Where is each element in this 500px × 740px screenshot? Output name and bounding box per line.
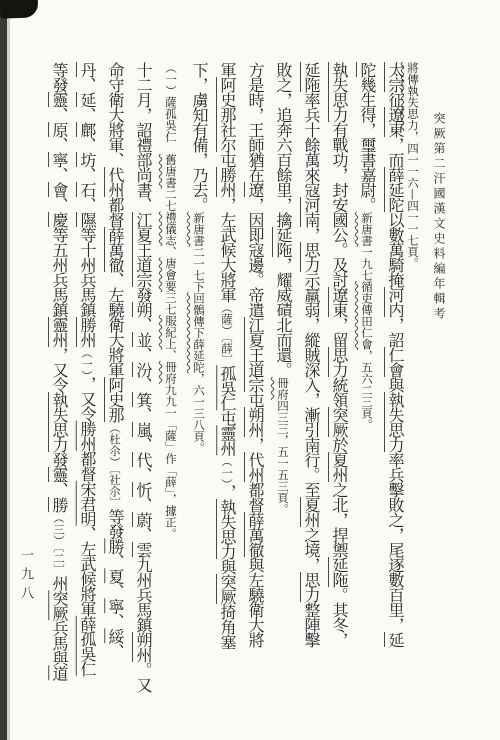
proper-name-text: 鄜 [78, 122, 97, 137]
body-text: 發 [134, 287, 153, 302]
small-note-text: 二一七下 [192, 247, 206, 293]
body-text: 征 [386, 92, 405, 107]
proper-name-text: 延陁 [274, 227, 293, 257]
proper-name-text: 河南 [302, 197, 321, 227]
body-text: 之北，捍禦 [330, 482, 349, 557]
book-title-text: 新唐書 [360, 212, 374, 247]
body-text: 命守衛大將軍、 [106, 62, 125, 167]
body-text: 、 [134, 437, 153, 452]
para1-col-2: 陀幾生得，璽書嘉尉。新唐書一九七循吏傳田仁會，五六二三頁。 [347, 62, 375, 712]
body-text: 下，虜知有備，乃去。 [190, 62, 209, 212]
page-number: 一九八 [16, 548, 35, 605]
proper-name-text: 綏 [106, 628, 125, 643]
body-text: 、 [134, 317, 153, 332]
body-text: 、左驍衛大將軍 [106, 272, 125, 377]
scan-left-edge-shadow [0, 0, 7, 740]
body-text: 、 [106, 643, 125, 658]
body-text: 有戰功，封安國公。及討 [330, 122, 349, 287]
proper-name-text: 道 [50, 665, 69, 680]
para1-col-5: 敗之，追奔六百餘里，擒延陁，耀威磧北而還。冊府四三三，五一五三頁。 [263, 62, 291, 712]
body-text: 、 [164, 350, 178, 362]
book-page-scan: 突厥第二汗國漢文史料編年輯考 將傳執失思力，四一一六—四一一七頁。太宗征遼東，而… [0, 0, 500, 740]
body-text: （一）薩孤吳仁 [164, 62, 178, 154]
running-head-book-title: 突厥第二汗國漢文史料編年輯考 [431, 112, 448, 322]
book-title-text: 冊府 [164, 361, 178, 384]
body-text: 、 [78, 167, 97, 182]
book-title-text: 回鶻傳下薛延陀 [192, 293, 206, 374]
body-text: 、 [78, 77, 97, 92]
body-text: 、 [106, 613, 125, 628]
proper-name-text: 阿史那社尔 [218, 77, 237, 152]
body-text: ，而 [386, 137, 405, 167]
proper-name-text: 薛萬徹 [106, 227, 125, 272]
body-text: 十二月，詔禮部尚書、 [134, 62, 153, 212]
proper-name-text: 朔州 [246, 407, 265, 437]
body-text: 都督 [246, 482, 265, 512]
body-text: ，詔 [386, 317, 405, 347]
scan-left-edge-shadow-soft [7, 0, 10, 740]
body-text: ，又令 [50, 347, 69, 392]
proper-name-text: 思力 [302, 242, 321, 272]
proper-name-text: 阿史那 [106, 377, 125, 422]
proper-name-text: 丹 [78, 62, 97, 77]
proper-name-text: 寧 [50, 152, 69, 167]
body-text: 軍 [218, 62, 237, 77]
book-title-text: 舊唐書 [164, 154, 178, 189]
body-text: 等發 [106, 508, 125, 538]
body-text: ，因即寇邊。帝遣 [246, 197, 265, 317]
body-text: 九九一「薩」作「薛」，據正。 [164, 384, 178, 539]
proper-name-text: 突厥 [218, 574, 237, 604]
proper-name-text: 勝州 [78, 317, 97, 347]
body-text: 率兵擊敗之，尾逐數百里， [386, 452, 405, 632]
proper-name-text: 坊 [78, 152, 97, 167]
body-text: ， [246, 437, 265, 452]
proper-name-text: 朔 [134, 302, 153, 317]
proper-name-text: 思力 [330, 347, 349, 377]
body-text: 、 [50, 482, 69, 497]
proper-name-text: 嵐 [134, 422, 153, 437]
book-title-text: 唐會要 [164, 258, 178, 293]
proper-name-text: 江夏王道宗 [134, 212, 153, 287]
body-text: 等發 [50, 62, 69, 92]
body-text: 州 [50, 575, 69, 590]
small-note-text: ，五六二三頁。 [360, 350, 374, 431]
body-text: 二七 [164, 189, 178, 212]
proper-name-text: 蔚 [134, 512, 153, 527]
proper-name-text: 孤吳仁 [218, 365, 237, 410]
body-text: 、 [50, 167, 69, 182]
body-text: ，四一一六—四一一七頁。 [406, 131, 420, 269]
body-text: 掎角塞 [218, 604, 237, 649]
proper-name-text: 突厥 [50, 590, 69, 620]
proper-name-text: 靈州 [50, 317, 69, 347]
proper-name-text: 延陁 [330, 557, 349, 587]
small-note-text: 四三三，五一五三頁。 [276, 400, 290, 515]
proper-name-text: 突厥 [330, 407, 349, 437]
body-text: 、 [134, 347, 153, 362]
proper-name-text: 勝州 [218, 167, 237, 197]
book-title-text: 將傳執失思力 [406, 62, 420, 131]
body-text: 幾生得，璽書嘉尉。 [358, 77, 377, 212]
proper-name-text: 靈 [50, 92, 69, 107]
proper-name-text: 陀 [358, 62, 377, 77]
proper-name-text: 朔州 [134, 632, 153, 662]
body-text: 方是時，王師猶在 [246, 62, 265, 182]
prev-page-citation-tail: 將傳執失思力，四一一六—四一一七頁。 [403, 62, 421, 712]
proper-name-text: 箕 [134, 392, 153, 407]
small-note-text: （杜尒）〔社尒〕 [108, 422, 122, 508]
para2-col-4: 等發靈、原、寧、會、慶等五州兵馬鎮靈州，又令執失思力發靈、勝（三）〔二〕州突厥兵… [39, 62, 67, 712]
body-text: 發 [50, 452, 69, 467]
body-text: 屯 [218, 410, 237, 425]
body-text: 、 [78, 197, 97, 212]
body-text: 、 [134, 497, 153, 512]
proper-name-text: 延陁 [302, 62, 321, 92]
proper-name-text: 薛孤吳仁 [78, 616, 97, 676]
body-text: 九州兵馬鎮 [134, 557, 153, 632]
proper-name-text: 延 [386, 632, 405, 647]
body-text: 統領 [330, 377, 349, 407]
body-text: 。其冬， [330, 587, 349, 647]
body-text: 、 [78, 107, 97, 122]
body-text: 、 [164, 246, 178, 258]
proper-name-text: 汾 [134, 362, 153, 377]
body-text: 、 [50, 197, 69, 212]
body-text: 、 [50, 137, 69, 152]
body-text: 與左驍衛大將 [246, 557, 265, 647]
proper-name-text: 勝州 [78, 421, 97, 451]
proper-name-text: 遼東 [386, 107, 405, 137]
proper-name-text: 思力 [302, 572, 321, 602]
body-text: 等五州兵馬鎮 [50, 227, 69, 317]
body-text: 。又 [134, 662, 153, 692]
body-text: 、 [134, 527, 153, 542]
body-text: 、 [106, 553, 125, 568]
proper-name-text: 夏州 [302, 497, 321, 527]
body-text: 、左武候將軍 [78, 526, 97, 616]
body-text: 、 [106, 583, 125, 598]
proper-name-text: 夏州 [330, 452, 349, 482]
body-text: 屯 [246, 392, 265, 407]
body-text: 、 [134, 407, 153, 422]
body-text: ，又令 [78, 376, 97, 421]
body-text: 以數萬騎掩 [386, 212, 405, 287]
proper-name-text: 延 [78, 92, 97, 107]
small-note-text: 一九七 [360, 247, 374, 282]
proper-name-text: 忻 [134, 482, 153, 497]
proper-name-text: 勝 [106, 538, 125, 553]
body-text: 於 [330, 437, 349, 452]
proper-name-text: 宋君明 [78, 481, 97, 526]
body-text: ，耀威磧北而還。 [274, 257, 293, 377]
para2-col-3: 丹、延、鄜、坊、石、隰等十州兵馬鎮勝州（一），又令勝州都督宋君明、左武候將軍薛孤… [67, 62, 95, 712]
para1-col-4: 延陁率兵十餘萬來寇河南，思力示羸弱，縱賊深入，漸引南行。至夏州之境，思力整陣擊 [291, 62, 319, 712]
para1-col-6: 方是時，王師猶在遼，因即寇邊。帝遣江夏王道宗屯朔州，代州都督薛萬徹與左驍衛大將 [235, 62, 263, 712]
para2-col-2: 命守衛大將軍、代州都督薛萬徹、左驍衛大將軍阿史那（杜尒）〔社尒〕等發勝、夏、寧、… [95, 62, 123, 712]
body-text: 與 [386, 377, 405, 392]
body-text: 屯 [218, 152, 237, 167]
book-title-text: 循吏傳田仁會 [360, 281, 374, 350]
proper-name-text: 執失思力 [218, 499, 237, 559]
proper-name-text: 勝 [50, 497, 69, 512]
proper-name-text: 會 [50, 182, 69, 197]
proper-name-text: 夏 [106, 568, 125, 583]
proper-name-text: 遼東 [330, 287, 349, 317]
proper-name-text: 寧 [106, 598, 125, 613]
small-note-text: ，六一三八頁。 [192, 373, 206, 454]
book-title-text: 禮儀志 [164, 212, 178, 247]
body-text: 三七 [164, 292, 178, 315]
proper-name-text: 薛延陀 [386, 167, 405, 212]
para1-col-8: 下，虜知有備，乃去。新唐書二一七下回鶻傳下薛延陀，六一三八頁。 [179, 62, 207, 712]
body-text: 等十州兵馬鎮 [78, 227, 97, 317]
body-text: 都督 [106, 197, 125, 227]
body-text: 、 [78, 137, 97, 152]
body-text: 兵馬與 [50, 620, 69, 665]
small-note-text: （三）〔二〕 [52, 512, 66, 575]
proper-name-text: 靈 [50, 467, 69, 482]
proper-name-text: 雲 [134, 542, 153, 557]
para2-col-1: 十二月，詔禮部尚書、江夏王道宗發朔、並、汾、箕、嵐、代、忻、蔚、雲九州兵馬鎮朔州… [123, 62, 151, 712]
body-text: 率兵十餘萬來寇 [302, 92, 321, 197]
body-text: 、 [134, 377, 153, 392]
small-note-text: （一） [220, 455, 234, 484]
proper-name-text: 代州 [246, 452, 265, 482]
proper-name-text: 慶 [50, 212, 69, 227]
proper-name-text: 仁會 [386, 347, 405, 377]
body-text: 整陣擊 [302, 602, 321, 647]
proper-name-text: 執失思力 [330, 62, 349, 122]
para1-col-1: 太宗征遼東，而薛延陀以數萬騎掩河内，詔仁會與執失思力率兵擊敗之，尾逐數百里，延 [375, 62, 403, 712]
proper-name-text: 並 [134, 332, 153, 347]
para1-col-7: 軍阿史那社尔屯勝州，左武候大將軍（薩）〔薛〕孤吳仁屯靈州（一），執失思力與突厥掎… [207, 62, 235, 712]
proper-name-text: 隰 [78, 212, 97, 227]
body-text: 示羸弱，縱賊深入，漸引南行。至 [302, 272, 321, 497]
proper-name-text: 代 [134, 452, 153, 467]
body-text: 與 [218, 559, 237, 574]
body-text: 敗之，追奔六百餘里，擒 [274, 62, 293, 227]
book-title-text: 服紀上 [164, 315, 178, 350]
body-text: 都督 [78, 451, 97, 481]
body-text: ， [302, 227, 321, 242]
footnote-col: （一）薩孤吳仁 舊唐書二七禮儀志、唐會要三七服紀上、冊府九九一「薩」作「薛」，據… [151, 62, 179, 712]
proper-name-text: 石 [78, 182, 97, 197]
scan-corner-artifact [0, 0, 38, 19]
proper-name-text: 執失思力 [386, 392, 405, 452]
proper-name-text: 靈州 [218, 425, 237, 455]
proper-name-text: 遼 [246, 182, 265, 197]
proper-name-text: 代州 [106, 167, 125, 197]
para1-col-3: 執失思力有戰功，封安國公。及討遼東，留思力統領突厥於夏州之北，捍禦延陁。其冬， [319, 62, 347, 712]
small-note-text: （薩）〔薛〕 [220, 302, 234, 365]
proper-name-text: 執失思力 [50, 392, 69, 452]
proper-name-text: 江夏王道宗 [246, 317, 265, 392]
body-text: 之境， [302, 527, 321, 572]
body-text: 、 [134, 467, 153, 482]
text-block: 將傳執失思力，四一一六—四一一七頁。太宗征遼東，而薛延陀以數萬騎掩河内，詔仁會與… [39, 62, 421, 712]
proper-name-text: 太宗 [386, 62, 405, 92]
proper-name-text: 河内 [386, 287, 405, 317]
proper-name-text: 薛萬徹 [246, 512, 265, 557]
body-text: 、 [50, 107, 69, 122]
body-text: ，留 [330, 317, 349, 347]
proper-name-text: 原 [50, 122, 69, 137]
body-text: ， [218, 484, 237, 499]
book-title-text: 冊府 [276, 377, 290, 400]
body-text: ，左武候大將軍 [218, 197, 237, 302]
small-note-text: （一） [80, 347, 94, 376]
book-title-text: 新唐書 [192, 212, 206, 247]
